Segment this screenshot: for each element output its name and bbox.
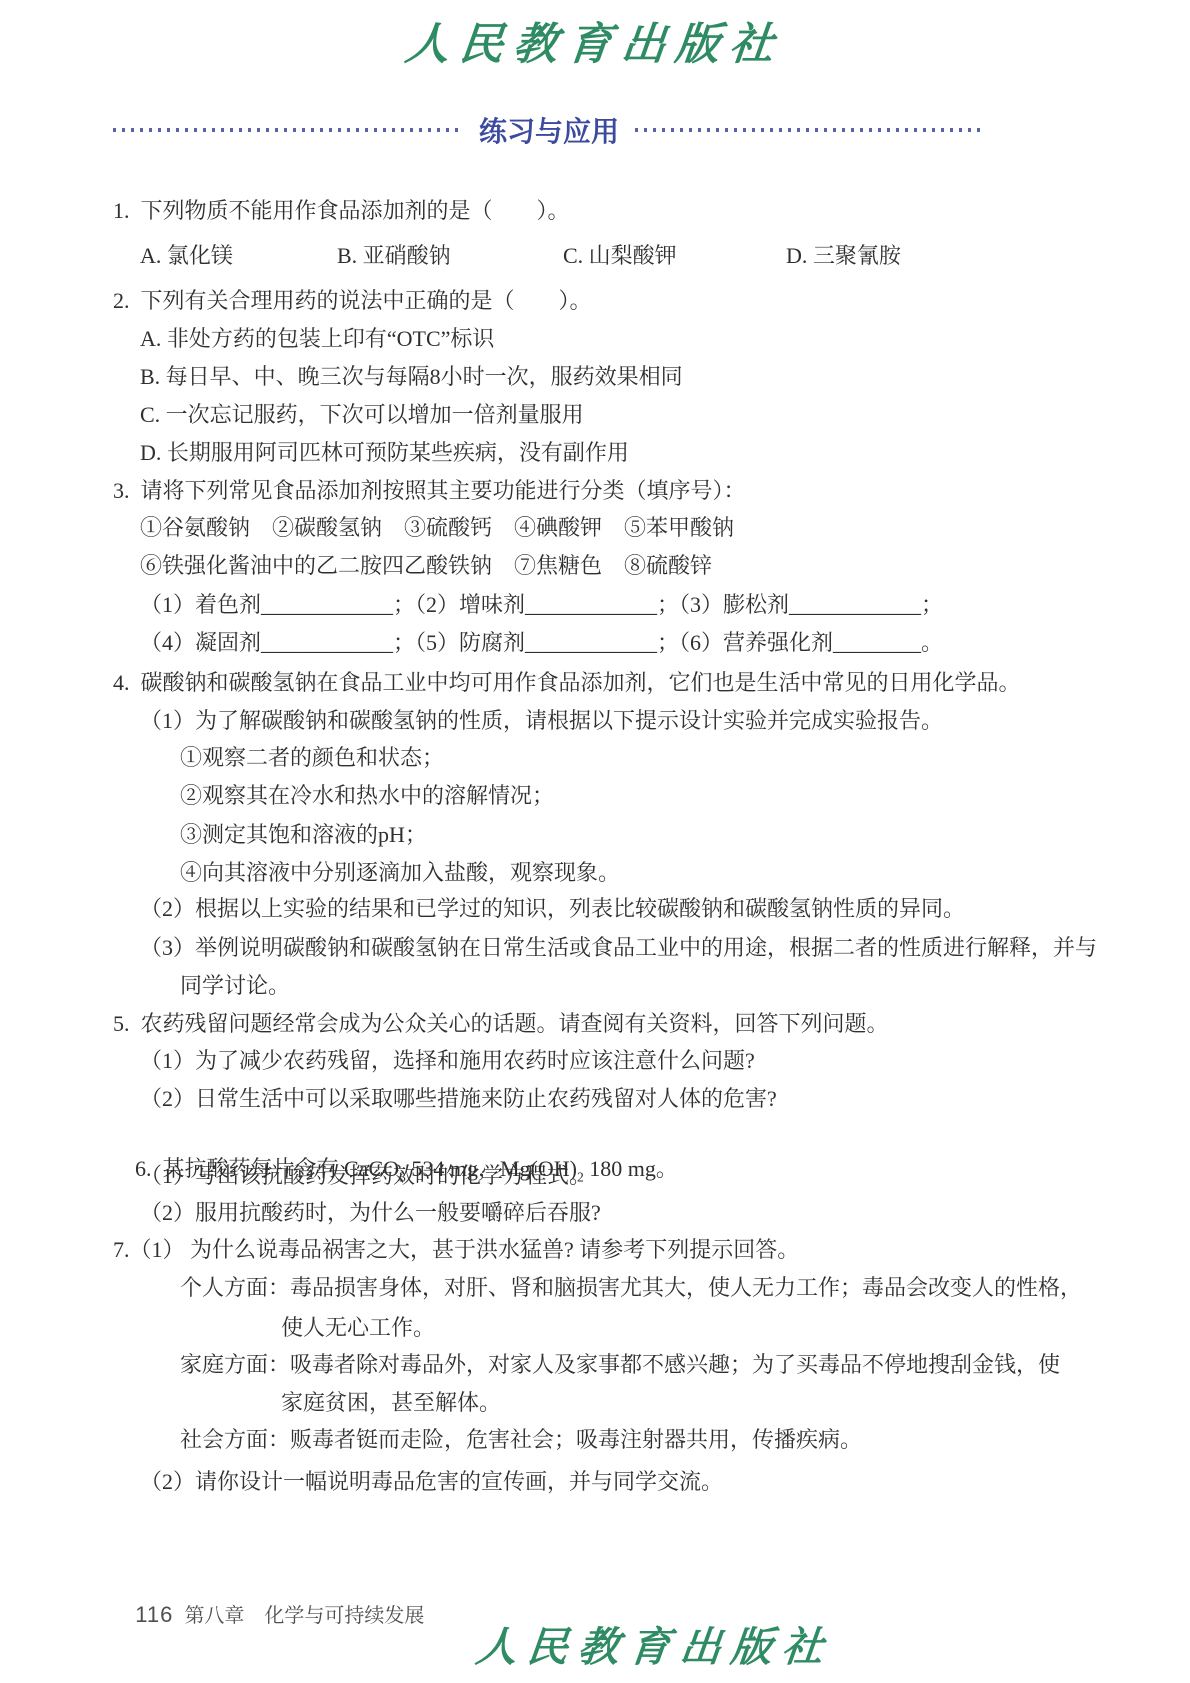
q7-stem: 7.（1） 为什么说毒品祸害之大，甚于洪水猛兽? 请参考下列提示回答。 — [113, 1235, 799, 1265]
q4-part1: （1）为了解碳酸钠和碳酸氢钠的性质，请根据以下提示设计实验并完成实验报告。 — [140, 706, 943, 736]
q4-step2: ②观察其在冷水和热水中的溶解情况； — [180, 781, 554, 811]
q2-option-b: B. 每日早、中、晚三次与每隔8小时一次，服药效果相同 — [140, 362, 683, 392]
q4-step3: ③测定其饱和溶液的pH； — [180, 820, 427, 850]
q1-option-a: A. 氯化镁 — [140, 241, 233, 271]
q3-blanks-row1: （1）着色剂____________；（2）增味剂____________；（3… — [140, 590, 943, 620]
q1-option-d: D. 三聚氰胺 — [786, 241, 901, 271]
q7-family-line1: 家庭方面：吸毒者除对毒品外，对家人及家事都不感兴趣；为了买毒品不停地搜刮金钱，使 — [180, 1350, 1060, 1380]
section-header: 练习与应用 — [113, 112, 985, 148]
section-title: 练习与应用 — [479, 110, 619, 150]
q6-part1: （1）写出该抗酸药发挥药效时的化学方程式。 — [140, 1161, 591, 1191]
q1-option-b: B. 亚硝酸钠 — [337, 241, 451, 271]
q4-step4: ④向其溶液中分别逐滴加入盐酸，观察现象。 — [180, 858, 620, 888]
q5-stem: 5. 农药残留问题经常会成为公众关心的话题。请查阅有关资料，回答下列问题。 — [113, 1009, 889, 1039]
q3-items-row1: ①谷氨酸钠 ②碳酸氢钠 ③硫酸钙 ④碘酸钾 ⑤苯甲酸钠 — [140, 513, 734, 543]
publisher-logo-bottom: 人民教育出版社 — [473, 1614, 836, 1673]
q6-part2: （2）服用抗酸药时，为什么一般要嚼碎后吞服? — [140, 1198, 601, 1228]
q7-family-line2: 家庭贫困，甚至解体。 — [281, 1388, 501, 1418]
q1-stem: 1. 下列物质不能用作食品添加剂的是（ ）。 — [113, 196, 570, 226]
chapter-title: 第八章 化学与可持续发展 — [184, 1605, 424, 1627]
page-footer: 116 第八章 化学与可持续发展 — [113, 1576, 424, 1651]
q4-stem: 4. 碳酸钠和碳酸氢钠在食品工业中均可用作食品添加剂，它们也是生活中常见的日用化… — [113, 668, 1021, 698]
q2-option-c: C. 一次忘记服药，下次可以增加一倍剂量服用 — [140, 400, 584, 430]
q4-part3-line1: （3）举例说明碳酸钠和碳酸氢钠在日常生活或食品工业中的用途，根据二者的性质进行解… — [140, 933, 1097, 963]
q7-society-line: 社会方面：贩毒者铤而走险，危害社会；吸毒注射器共用，传播疾病。 — [180, 1425, 862, 1455]
dotted-rule-left — [113, 128, 463, 132]
publisher-logo-top: 人民教育出版社 — [403, 8, 788, 72]
q4-part3-line2: 同学讨论。 — [180, 971, 290, 1001]
q3-blanks-row2: （4）凝固剂____________；（5）防腐剂____________；（6… — [140, 628, 943, 658]
q3-items-row2: ⑥铁强化酱油中的乙二胺四乙酸铁钠 ⑦焦糖色 ⑧硫酸锌 — [140, 551, 712, 581]
q2-option-a: A. 非处方药的包装上印有“OTC”标识 — [140, 324, 494, 354]
q7-part2: （2）请你设计一幅说明毒品危害的宣传画，并与同学交流。 — [140, 1467, 723, 1497]
q1-options-row: A. 氯化镁 B. 亚硝酸钠 C. 山梨酸钾 D. 三聚氰胺 — [0, 241, 1190, 271]
q5-part1: （1）为了减少农药残留，选择和施用农药时应该注意什么问题? — [140, 1046, 755, 1076]
q2-option-d: D. 长期服用阿司匹林可预防某些疾病，没有副作用 — [140, 438, 629, 468]
q7-personal-line1: 个人方面：毒品损害身体，对肝、肾和脑损害尤其大，使人无力工作；毒品会改变人的性格… — [180, 1273, 1082, 1303]
q7-personal-line2: 使人无心工作。 — [281, 1313, 435, 1343]
textbook-page: 人民教育出版社 练习与应用 1. 下列物质不能用作食品添加剂的是（ ）。 A. … — [0, 0, 1190, 1683]
footer-spacer — [173, 1605, 184, 1627]
q1-option-c: C. 山梨酸钾 — [563, 241, 677, 271]
q5-part2: （2）日常生活中可以采取哪些措施来防止农药残留对人体的危害? — [140, 1084, 777, 1114]
q4-part2: （2）根据以上实验的结果和已学过的知识，列表比较碳酸钠和碳酸氢钠性质的异同。 — [140, 894, 965, 924]
dotted-rule-right — [635, 128, 985, 132]
q2-stem: 2. 下列有关合理用药的说法中正确的是（ ）。 — [113, 286, 592, 316]
q4-step1: ①观察二者的颜色和状态； — [180, 743, 444, 773]
page-number: 116 — [135, 1602, 173, 1627]
q3-stem: 3. 请将下列常见食品添加剂按照其主要功能进行分类（填序号）： — [113, 476, 746, 506]
q6-stem-post: 180 mg。 — [584, 1156, 678, 1181]
